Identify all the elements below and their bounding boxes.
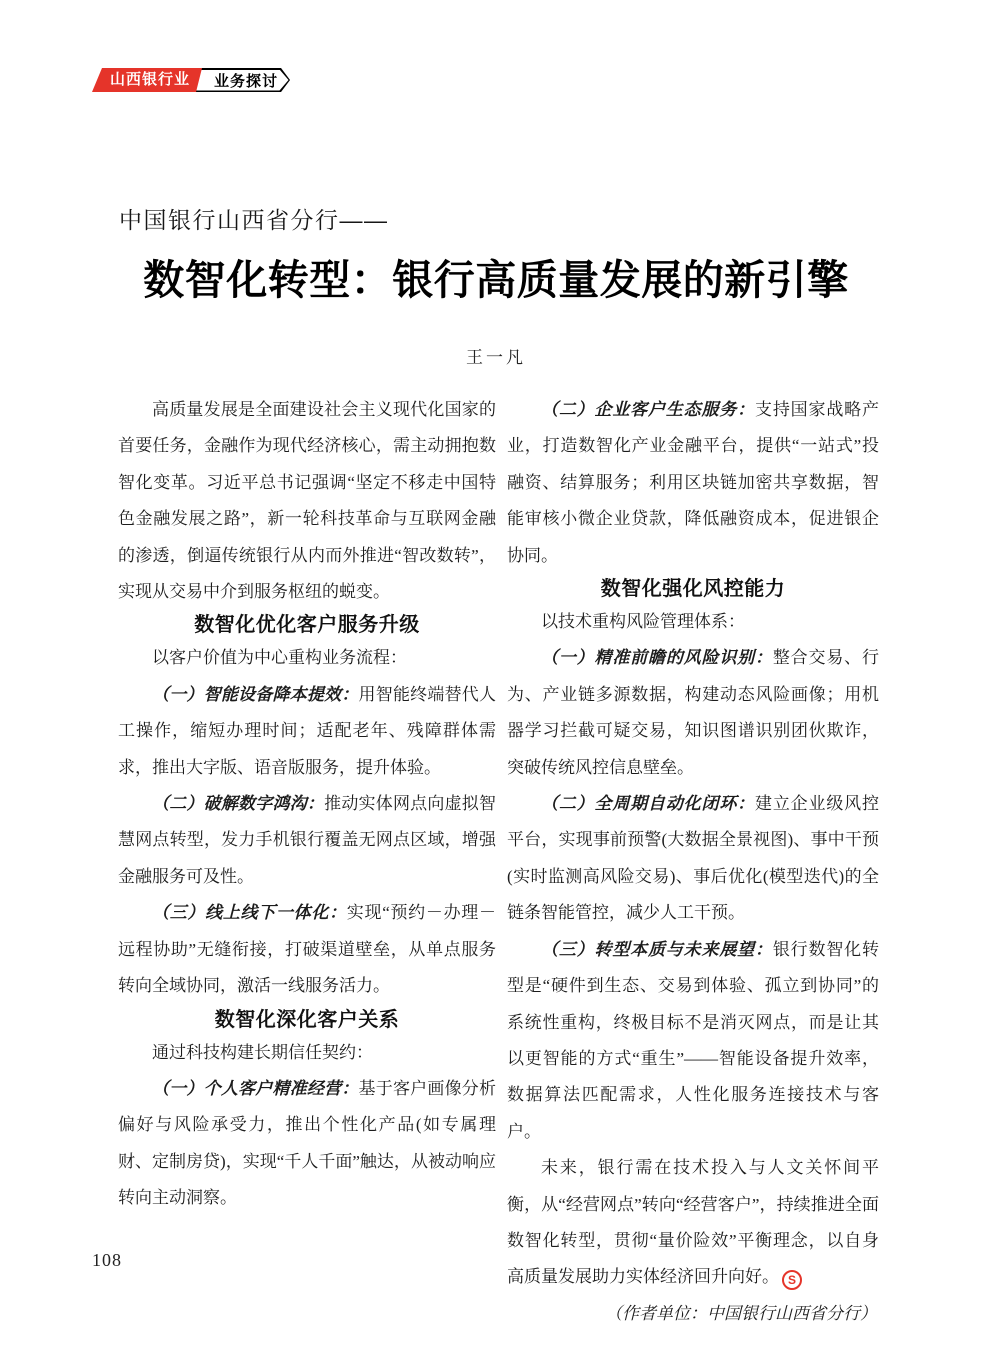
item-lead: （三）线上线下一体化：: [152, 903, 347, 922]
section-heading: 数智化优化客户服务升级: [118, 610, 496, 640]
journal-name-badge: 山西银行业: [92, 68, 202, 92]
item-paragraph: （二）全周期自动化闭环：建立企业级风控平台，实现事前预警(大数据全景视图)、事中…: [507, 786, 879, 932]
author-affiliation: （作者单位：中国银行山西省分行）: [507, 1296, 879, 1332]
item-text: 支持国家战略产业，打造数智化产业金融平台，提供“一站式”投融资、结算服务；利用区…: [507, 400, 879, 565]
item-text: 建立企业级风控平台，实现事前预警(大数据全景视图)、事中干预(实时监测高风险交易…: [507, 794, 879, 922]
lede-paragraph: 以客户价值为中心重构业务流程：: [118, 640, 496, 676]
item-lead: （二）企业客户生态服务：: [541, 400, 755, 419]
section-badge: 业务探讨: [194, 68, 290, 92]
item-lead: （一）精准前瞻的风险识别：: [541, 648, 773, 667]
page-number: 108: [92, 1250, 122, 1271]
section-heading: 数智化深化客户关系: [118, 1005, 496, 1035]
magazine-page: 山西银行业 业务探讨 中国银行山西省分行—— 数智化转型：银行高质量发展的新引擎…: [0, 0, 992, 1346]
left-column: 高质量发展是全面建设社会主义现代化国家的首要任务，金融作为现代经济核心，需主动拥…: [118, 392, 496, 1217]
right-column: （二）企业客户生态服务：支持国家战略产业，打造数智化产业金融平台，提供“一站式”…: [507, 392, 879, 1332]
item-paragraph: （三）线上线下一体化：实现“预约－办理－远程协助”无缝衔接，打破渠道壁垒，从单点…: [118, 895, 496, 1004]
item-text: 整合交易、行为、产业链多源数据，构建动态风险画像；用机器学习拦截可疑交易，知识图…: [507, 648, 879, 776]
journal-name-label: 山西银行业: [110, 71, 190, 88]
section-heading: 数智化强化风控能力: [507, 574, 879, 604]
item-text: 银行数智化转型是“硬件到生态、交易到体验、孤立到协同”的系统性重构，终极目标不是…: [507, 940, 879, 1141]
closing-text: 未来，银行需在技术投入与人文关怀间平衡，从“经营网点”转向“经营客户”，持续推进…: [507, 1158, 879, 1286]
section-badge-label: 业务探讨: [214, 70, 278, 91]
article-title: 数智化转型：银行高质量发展的新引擎: [0, 247, 992, 306]
item-paragraph: （一）智能设备降本提效：用智能终端替代人工操作，缩短办理时间；适配老年、残障群体…: [118, 677, 496, 786]
intro-paragraph: 高质量发展是全面建设社会主义现代化国家的首要任务，金融作为现代经济核心，需主动拥…: [118, 392, 496, 610]
item-paragraph: （二）企业客户生态服务：支持国家战略产业，打造数智化产业金融平台，提供“一站式”…: [507, 392, 879, 574]
item-lead: （三）转型本质与未来展望：: [541, 940, 773, 959]
article-kicker: 中国银行山西省分行——: [119, 202, 389, 235]
journal-badge: 山西银行业 业务探讨: [92, 68, 290, 92]
item-paragraph: （三）转型本质与未来展望：银行数智化转型是“硬件到生态、交易到体验、孤立到协同”…: [507, 932, 879, 1150]
lede-paragraph: 以技术重构风险管理体系：: [507, 604, 879, 640]
closing-paragraph: 未来，银行需在技术投入与人文关怀间平衡，从“经营网点”转向“经营客户”，持续推进…: [507, 1150, 879, 1296]
item-lead: （一）个人客户精准经营：: [152, 1079, 359, 1098]
item-lead: （二）破解数字鸿沟：: [152, 794, 324, 813]
item-text: 基于客户画像分析偏好与风险承受力，推出个性化产品(如专属理财、定制房贷)，实现“…: [118, 1079, 496, 1207]
item-lead: （一）智能设备降本提效：: [152, 685, 359, 704]
item-paragraph: （一）个人客户精准经营：基于客户画像分析偏好与风险承受力，推出个性化产品(如专属…: [118, 1071, 496, 1217]
item-paragraph: （一）精准前瞻的风险识别：整合交易、行为、产业链多源数据，构建动态风险画像；用机…: [507, 640, 879, 786]
article-end-mark-icon: S: [782, 1270, 802, 1290]
lede-paragraph: 通过科技构建长期信任契约：: [118, 1035, 496, 1071]
author-name: 王一凡: [0, 343, 992, 368]
item-paragraph: （二）破解数字鸿沟：推动实体网点向虚拟智慧网点转型，发力手机银行覆盖无网点区域，…: [118, 786, 496, 895]
item-lead: （二）全周期自动化闭环：: [541, 794, 755, 813]
